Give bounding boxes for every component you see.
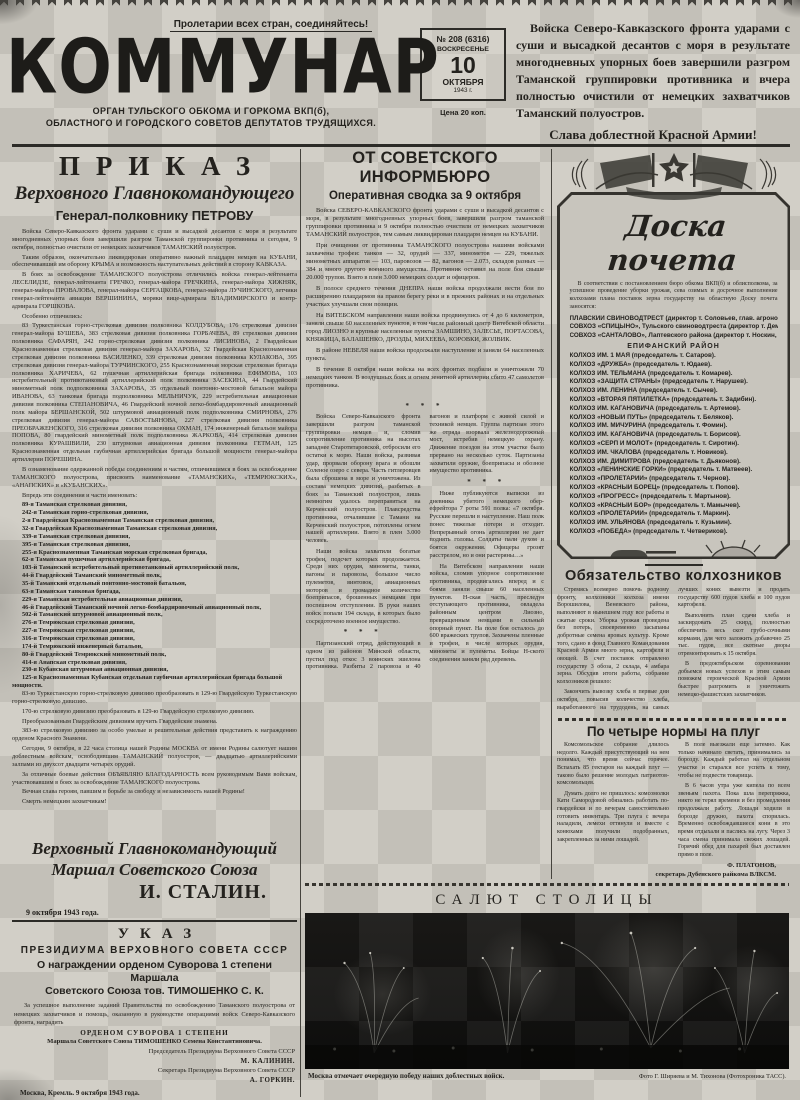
unit-list-item: 414-я Анапская стрелковая дивизия, xyxy=(12,659,297,667)
plough-norms-sig-name: Ф. ПЛАТОНОВ, xyxy=(727,862,776,869)
page-top-border xyxy=(0,0,800,8)
ukaz-sig2-name: А. ГОРКИН. xyxy=(250,1076,295,1084)
plough-norms-paragraph: Думать долго не пришлось: комсомолки Кат… xyxy=(557,791,669,845)
plough-norms-signature: Ф. ПЛАТОНОВ, секретарь Дубенского райком… xyxy=(557,862,790,879)
harvest-wagon-illustration xyxy=(690,539,776,557)
kolkhoz-entry: КОЛХОЗ «ПОБЕДА» (председатель т. Четвери… xyxy=(570,528,778,536)
ukaz-place-date: Москва, Кремль. 9 октября 1943 года. xyxy=(20,1089,295,1097)
svodka-paragraph: На ВИТЕБСКОМ направлении наши войска про… xyxy=(306,312,544,344)
obligation-body: Стремясь всемерно помочь родному фронту,… xyxy=(557,587,790,715)
middle-right-row: ОТ СОВЕТСКОГО ИНФОРМБЮРО Оперативная сво… xyxy=(304,147,790,879)
right-area: ОТ СОВЕТСКОГО ИНФОРМБЮРО Оперативная сво… xyxy=(304,147,790,1097)
ukaz-sig1-role: Председатель Президиума Верховного Совет… xyxy=(149,1048,295,1055)
asterisk-separator: * * * xyxy=(306,402,544,410)
svodka-paragraph: Войска СЕВЕРО-КАВКАЗСКОГО фронта ударами… xyxy=(306,207,544,239)
tank-illustration-row xyxy=(570,537,778,557)
svodka-paragraph: Войска Северо-Кавказского фронта заверши… xyxy=(306,413,421,545)
photo-credit: Фото Г. Ширяева и М. Тихонова (Фотохрони… xyxy=(639,1073,786,1080)
kolkhoz-entry: КОЛХОЗ «КРАСНЫЙ БОР» (председатель т. Ма… xyxy=(570,502,778,510)
kolkhoz-entry: КОЛХОЗ ИМ. ЧКАЛОВА (председатель т. Нови… xyxy=(570,449,778,457)
svodka-paragraph: При очищении от противника ТАМАНСКОГО по… xyxy=(306,242,544,282)
obligation-article: Обязательство колхозников Стремясь всеме… xyxy=(557,564,790,715)
obligation-paragraph: Стремясь всемерно помочь родному фронту,… xyxy=(557,587,669,687)
unit-list-item: 80-й Гвардейский Темрюкский минометный п… xyxy=(12,651,297,659)
prikaz-paragraph: Впредь эти соединения и части именовать: xyxy=(12,492,297,500)
prikaz-paragraph: Преобразованным Гвардейским дивизиям вру… xyxy=(12,718,297,726)
svodka-columns: Войска Северо-Кавказского фронта заверши… xyxy=(306,413,544,879)
plough-norms-paragraph: Комсомольское собрание длилось недолго. … xyxy=(557,742,669,788)
kolkhoz-entry: КОЛХОЗ «ЛЕНИНСКИЕ ГОРКИ» (председатель т… xyxy=(570,466,778,474)
unit-list-item: 395-я Таманская стрелковая дивизия, xyxy=(12,541,297,549)
unit-list-item: 63-я Таманская танковая бригада, xyxy=(12,588,297,596)
honor-board-title: Доска почета xyxy=(566,209,781,277)
prikaz-paragraph: Особенно отличились: xyxy=(12,313,297,321)
svodka-subtitle: Оперативная сводка за 9 октября xyxy=(306,190,544,202)
section-rule xyxy=(645,564,703,566)
prikaz-paragraph: Вечная слава героям, павшим в борьбе за … xyxy=(12,788,297,796)
unit-list-item: 230-я Кубанская штурмовая авиационная ди… xyxy=(12,666,297,674)
tank-illustration xyxy=(572,541,684,557)
kolkhoz-entry: КОЛХОЗ ИМ. 1 МАЯ (председатель т. Сатаро… xyxy=(570,352,778,360)
plough-norms-title: По четыре нормы на плуг xyxy=(557,724,790,739)
star-banner-illustration xyxy=(566,149,782,201)
ukaz-headline-line2: Советского Союза тов. ТИМОШЕНКО С. К. xyxy=(45,985,264,997)
obligation-paragraph: В предоктябрьском соревновании добьемся … xyxy=(678,661,790,699)
page-columns: ПРИКАЗ Верховного Главнокомандующего Ген… xyxy=(0,147,800,1097)
unit-list-item: 35-й Таманский отдельный понтонно-мостов… xyxy=(12,580,297,588)
unit-list-item: 339-я Таманская стрелковая дивизия, xyxy=(12,533,297,541)
prikaz-paragraph: Войска Северо-Кавказского фронта ударами… xyxy=(12,228,297,252)
prikaz-date: 9 октября 1943 года. xyxy=(26,908,297,917)
unit-list-item: 32-я Гвардейская Краснознаменная Таманск… xyxy=(12,525,297,533)
svodka-paragraph: Наши войска захватили богатые трофеи, по… xyxy=(306,548,421,626)
photo-caption-row: Москва отмечает очередную победу наших д… xyxy=(304,1069,790,1080)
newspaper-header: Пролетарии всех стран, соединяйтесь! КОМ… xyxy=(0,0,800,140)
prikaz-lead: Войска Северо-Кавказского фронта ударами… xyxy=(12,228,297,499)
masthead: Пролетарии всех стран, соединяйтесь! КОМ… xyxy=(12,14,410,140)
victory-banner: Войска Северо-Кавказского фронта ударами… xyxy=(516,14,790,140)
unit-list-item: 229-я Таманская истребительная авиационн… xyxy=(12,596,297,604)
signature-role-line-2: Маршал Советского Союза xyxy=(12,860,297,880)
signature-name-stalin: И. СТАЛИН. xyxy=(12,881,297,904)
unit-list-item: 125-я Краснознаменная Кубанская отдельна… xyxy=(12,674,297,690)
honor-board-intro: В соответствии с постановлением бюро обк… xyxy=(570,281,778,312)
prikaz-addressee: Генерал-полковнику ПЕТРОВУ xyxy=(12,208,297,223)
plough-norms-paragraph: В 6 часов утра уже кипела по всем звенья… xyxy=(678,783,790,860)
honor-board-entries: ПЛАВСКИЙ СВИНОВОДТРЕСТ (директор т. Соло… xyxy=(570,315,778,340)
photo-caption: Москва отмечает очередную победу наших д… xyxy=(308,1072,504,1080)
prikaz-unit-list: 89-я Таманская стрелковая дивизия,242-я … xyxy=(12,501,297,690)
prikaz-paragraph: В ознаменование одержанной победы соедин… xyxy=(12,466,297,490)
ukaz-signature-2: Секретарь Президиума Верховного Совета С… xyxy=(14,1067,295,1085)
salute-section: САЛЮТ СТОЛИЦЫ xyxy=(304,879,790,1097)
ukaz-awardee: Маршала Советского Союза ТИМОШЕНКО Семен… xyxy=(14,1038,295,1045)
honor-board-entry: СОВХОЗ «СПИЦЫНО», Тульского свиноводтрес… xyxy=(570,323,778,331)
ukaz-sig1-name: М. КАЛИНИН. xyxy=(241,1057,295,1065)
ukaz-body: За успешное выполнение заданий Правитель… xyxy=(14,1002,295,1027)
kolkhoz-entry: КОЛХОЗ «ПРОЛЕТАРИЙ» (председатель т. Чер… xyxy=(570,475,778,483)
ukaz-award: ОРДЕНОМ СУВОРОВА 1 СТЕПЕНИ xyxy=(14,1029,295,1037)
plough-norms-body: Комсомольское собрание длилось недолго. … xyxy=(557,742,790,862)
newspaper-page: Пролетарии всех стран, соединяйтесь! КОМ… xyxy=(0,0,800,1100)
signature-role-line-1: Верховный Главнокомандующий xyxy=(12,839,297,859)
salute-title: САЛЮТ СТОЛИЦЫ xyxy=(304,892,790,909)
unit-list-item: 2-я Гвардейская Краснознаменная Таманска… xyxy=(12,517,297,525)
svodka-paragraph: В течение 8 октября наши войска на всех … xyxy=(306,366,544,390)
wavy-divider xyxy=(305,883,789,886)
ukaz-signature-1: Председатель Президиума Верховного Совет… xyxy=(14,1048,295,1066)
unit-list-item: 62-я Таманская пушечная артиллерийская б… xyxy=(12,556,297,564)
prikaz-paragraph: 170-ю стрелковую дивизию преобразовать в… xyxy=(12,708,297,716)
victory-banner-glory: Слава доблестной Красной Армии! xyxy=(516,127,790,143)
kolkhoz-entry: КОЛХОЗ «ПРОГРЕСС» (председатель т. Марты… xyxy=(570,493,778,501)
obligation-paragraph: Выполнить план сдачи хлеба и заскирдоват… xyxy=(678,613,790,659)
svodka-article: ОТ СОВЕТСКОГО ИНФОРМБЮРО Оперативная сво… xyxy=(304,147,548,879)
kolkhoz-entry: КОЛХОЗ ИМ. МИЧУРИНА (председатель т. Фом… xyxy=(570,422,778,430)
prikaz-title: ПРИКАЗ xyxy=(12,151,297,182)
kolkhoz-entry: КОЛХОЗ «ПРОЛЕТАРИЙ» (председатель т. Мар… xyxy=(570,510,778,518)
victory-banner-text: Войска Северо-Кавказского фронта ударами… xyxy=(516,20,790,122)
column-divider xyxy=(300,149,301,1097)
unit-list-item: 502-й Таманский штурмовой авиационный по… xyxy=(12,611,297,619)
unit-list-item: 46-й Гвардейский Таманский ночной легко-… xyxy=(12,604,297,612)
ukaz-headline: О награждении орденом Суворова 1 степени… xyxy=(14,959,295,998)
kolkhoz-entry: КОЛХОЗ ИМ. ТЕЛЬМАНА (председатель т. Ком… xyxy=(570,370,778,378)
honor-board-frame: Доска почета В соответствии с постановле… xyxy=(557,192,790,559)
left-column: ПРИКАЗ Верховного Главнокомандующего Ген… xyxy=(12,147,297,1097)
prikaz-paragraph: 383-ю стрелковую дивизию за особо умелые… xyxy=(12,727,297,743)
prikaz-paragraph: 83-ю Туркестанскую горно-стрелковую диви… xyxy=(12,690,297,706)
kolkhoz-entry: КОЛХОЗ «НОВЫЙ ПУТЬ» (председатель т. Бел… xyxy=(570,414,778,422)
unit-list-item: 174-й Темрюкский инженерный батальон, xyxy=(12,643,297,651)
prikaz-paragraph: Таким образом, окончательно ликвидирован… xyxy=(12,254,297,270)
prikaz-article: ПРИКАЗ Верховного Главнокомандующего Ген… xyxy=(12,151,297,920)
honor-board-column: Доска почета В соответствии с постановле… xyxy=(555,147,790,879)
kolkhoz-entry: КОЛХОЗ ИМ. ДИМИТРОВА (председатель т. Дь… xyxy=(570,458,778,466)
unit-list-item: 316-я Темрюкская стрелковая дивизия, xyxy=(12,635,297,643)
kolkhoz-entry: КОЛХОЗ ИМ. КАГАНОВИЧА (председатель т. Б… xyxy=(570,431,778,439)
kolkhoz-entry: КОЛХОЗ «ВТОРАЯ ПЯТИЛЕТКА» (председатель … xyxy=(570,396,778,404)
ukaz-organization: ПРЕЗИДИУМА ВЕРХОВНОГО СОВЕТА СССР xyxy=(14,945,295,956)
plough-norms-sig-role: секретарь Дубенского райкома ВЛКСМ. xyxy=(656,871,777,878)
kolkhoz-entry: КОЛХОЗ «КРАСНЫЙ БОРЕЦ» (председатель т. … xyxy=(570,484,778,492)
unit-list-item: 276-я Темрюкская стрелковая дивизия, xyxy=(12,619,297,627)
prikaz-signature: Верховный Главнокомандующий Маршал Совет… xyxy=(12,834,297,920)
prikaz-paragraph: В боях за освобождение ТАМАНСКОГО полуос… xyxy=(12,271,297,310)
kolkhoz-entry: КОЛХОЗ «ДРУЖБА» (председатель т. Юдаев). xyxy=(570,361,778,369)
obligation-title: Обязательство колхозников xyxy=(557,568,790,584)
svodka-paragraph: Ниже публикуются выписки из дневника уби… xyxy=(430,490,545,560)
prikaz-paragraph: Сегодня, 9 октября, в 22 часа столица на… xyxy=(12,745,297,769)
svodka-paragraph: В полосе среднего течения ДНЕПРА наши во… xyxy=(306,285,544,309)
plough-norms-article: По четыре нормы на плуг Комсомольское со… xyxy=(557,724,790,879)
unit-list-item: 103-й Таманский истребительный противота… xyxy=(12,564,297,572)
svodka-paragraph: В районе НЕВЕЛЯ наши войска продолжали н… xyxy=(306,347,544,363)
kolkhoz-entry: КОЛХОЗ ИМ. ЛЕНИНА (председатель т. Сычев… xyxy=(570,387,778,395)
unit-list-item: 44-й Гвардейский Таманский минометный по… xyxy=(12,572,297,580)
fireworks-streaks xyxy=(305,913,789,1069)
svodka-paragraph: На Витебском направлении наши войска, сл… xyxy=(430,563,545,664)
prikaz-closing: 83-ю Туркестанскую горно-стрелковую диви… xyxy=(12,690,297,806)
ukaz-title: УКАЗ xyxy=(14,926,295,943)
prikaz-paragraph: За отличные боевые действия ОБЪЯВЛЯЮ БЛА… xyxy=(12,771,297,787)
honor-board: Доска почета В соответствии с постановле… xyxy=(560,195,788,557)
ukaz-headline-line1: О награждении орденом Суворова 1 степени… xyxy=(37,959,272,984)
kolkhoz-entry: КОЛХОЗ «ЗАЩИТА СТРАНЫ» (председатель т. … xyxy=(570,378,778,386)
prikaz-subtitle: Верховного Главнокомандующего xyxy=(12,183,297,205)
ukaz-sig2-role: Секретарь Президиума Верховного Совета С… xyxy=(158,1067,295,1074)
masthead-subtitle-2: ОБЛАСТНОГО И ГОРОДСКОГО СОВЕТОВ ДЕПУТАТО… xyxy=(12,118,410,130)
kolkhoz-entry: КОЛХОЗ ИМ. УЛЬЯНОВА (председатель т. Куз… xyxy=(570,519,778,527)
kolkhoz-entry: КОЛХОЗ «СЕРП И МОЛОТ» (председатель т. С… xyxy=(570,440,778,448)
prikaz-paragraph: 83 Туркестанская горно-стрелковая дивизи… xyxy=(12,322,297,463)
wavy-divider xyxy=(558,718,789,721)
ukaz-article: УКАЗ ПРЕЗИДИУМА ВЕРХОВНОГО СОВЕТА СССР О… xyxy=(12,920,297,1097)
kolkhoz-entry: КОЛХОЗ ИМ. КАГАНОВИЧА (председатель т. А… xyxy=(570,405,778,413)
svodka-paragraph: * * * xyxy=(306,628,421,637)
honor-board-entry: ПЛАВСКИЙ СВИНОВОДТРЕСТ (директор т. Соло… xyxy=(570,315,778,323)
honor-board-entry: СОВХОЗ «САНТАЛОВО», Лаптевского района (… xyxy=(570,332,778,340)
plough-norms-paragraph: В поле выезжали еще затемно. Как только … xyxy=(678,742,790,780)
fireworks-photo xyxy=(305,913,789,1069)
honor-board-kolkhoz-list: КОЛХОЗ ИМ. 1 МАЯ (председатель т. Сатаро… xyxy=(570,352,778,536)
prikaz-paragraph: Смерть немецким захватчикам! xyxy=(12,798,297,806)
svodka-paragraph: * * * xyxy=(430,478,545,487)
honor-board-district: ЕПИФАНСКИЙ РАЙОН xyxy=(570,343,778,350)
svodka-lead: Войска СЕВЕРО-КАВКАЗСКОГО фронта ударами… xyxy=(306,207,544,399)
column-divider xyxy=(551,149,552,879)
unit-list-item: 255-я Краснознаменная Таманская морская … xyxy=(12,549,297,557)
svodka-title: ОТ СОВЕТСКОГО ИНФОРМБЮРО xyxy=(306,149,544,187)
unit-list-item: 227-я Темрюкская стрелковая дивизия, xyxy=(12,627,297,635)
masthead-title: КОММУНАР xyxy=(6,34,416,102)
unit-list-item: 242-я Таманская горно-стрелковая дивизия… xyxy=(12,509,297,517)
unit-list-item: 89-я Таманская стрелковая дивизия, xyxy=(12,501,297,509)
prikaz-body: Войска Северо-Кавказского фронта ударами… xyxy=(12,228,297,834)
